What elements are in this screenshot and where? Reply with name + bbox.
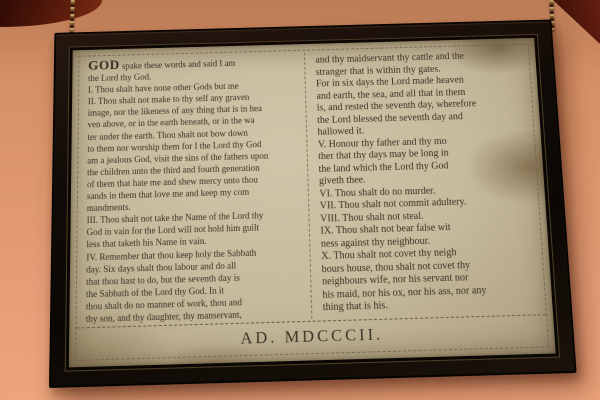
left-column-lines: the Lord thy God.I. Thou shalt have none… bbox=[86, 67, 309, 325]
picture-frame: GOD spake these words and said I am the … bbox=[49, 20, 577, 388]
date-text: AD. MDCCCII. bbox=[240, 326, 383, 349]
sampler-content: GOD spake these words and said I am the … bbox=[76, 45, 548, 360]
right-column-lines: and thy maidservant thy cattle and thest… bbox=[315, 49, 543, 314]
opening-rest: spake these words and said I am bbox=[122, 58, 235, 71]
opening-word: GOD bbox=[88, 58, 120, 73]
sampler-parchment: GOD spake these words and said I am the … bbox=[69, 38, 556, 368]
frame-molding: GOD spake these words and said I am the … bbox=[65, 34, 560, 372]
framed-sampler: GOD spake these words and said I am the … bbox=[52, 20, 564, 376]
commandments-right-column: and thy maidservant thy cattle and thest… bbox=[304, 45, 546, 321]
text-columns: GOD spake these words and said I am the … bbox=[76, 45, 545, 328]
commandments-left-column: GOD spake these words and said I am the … bbox=[76, 51, 310, 328]
wall: GOD spake these words and said I am the … bbox=[0, 0, 600, 400]
